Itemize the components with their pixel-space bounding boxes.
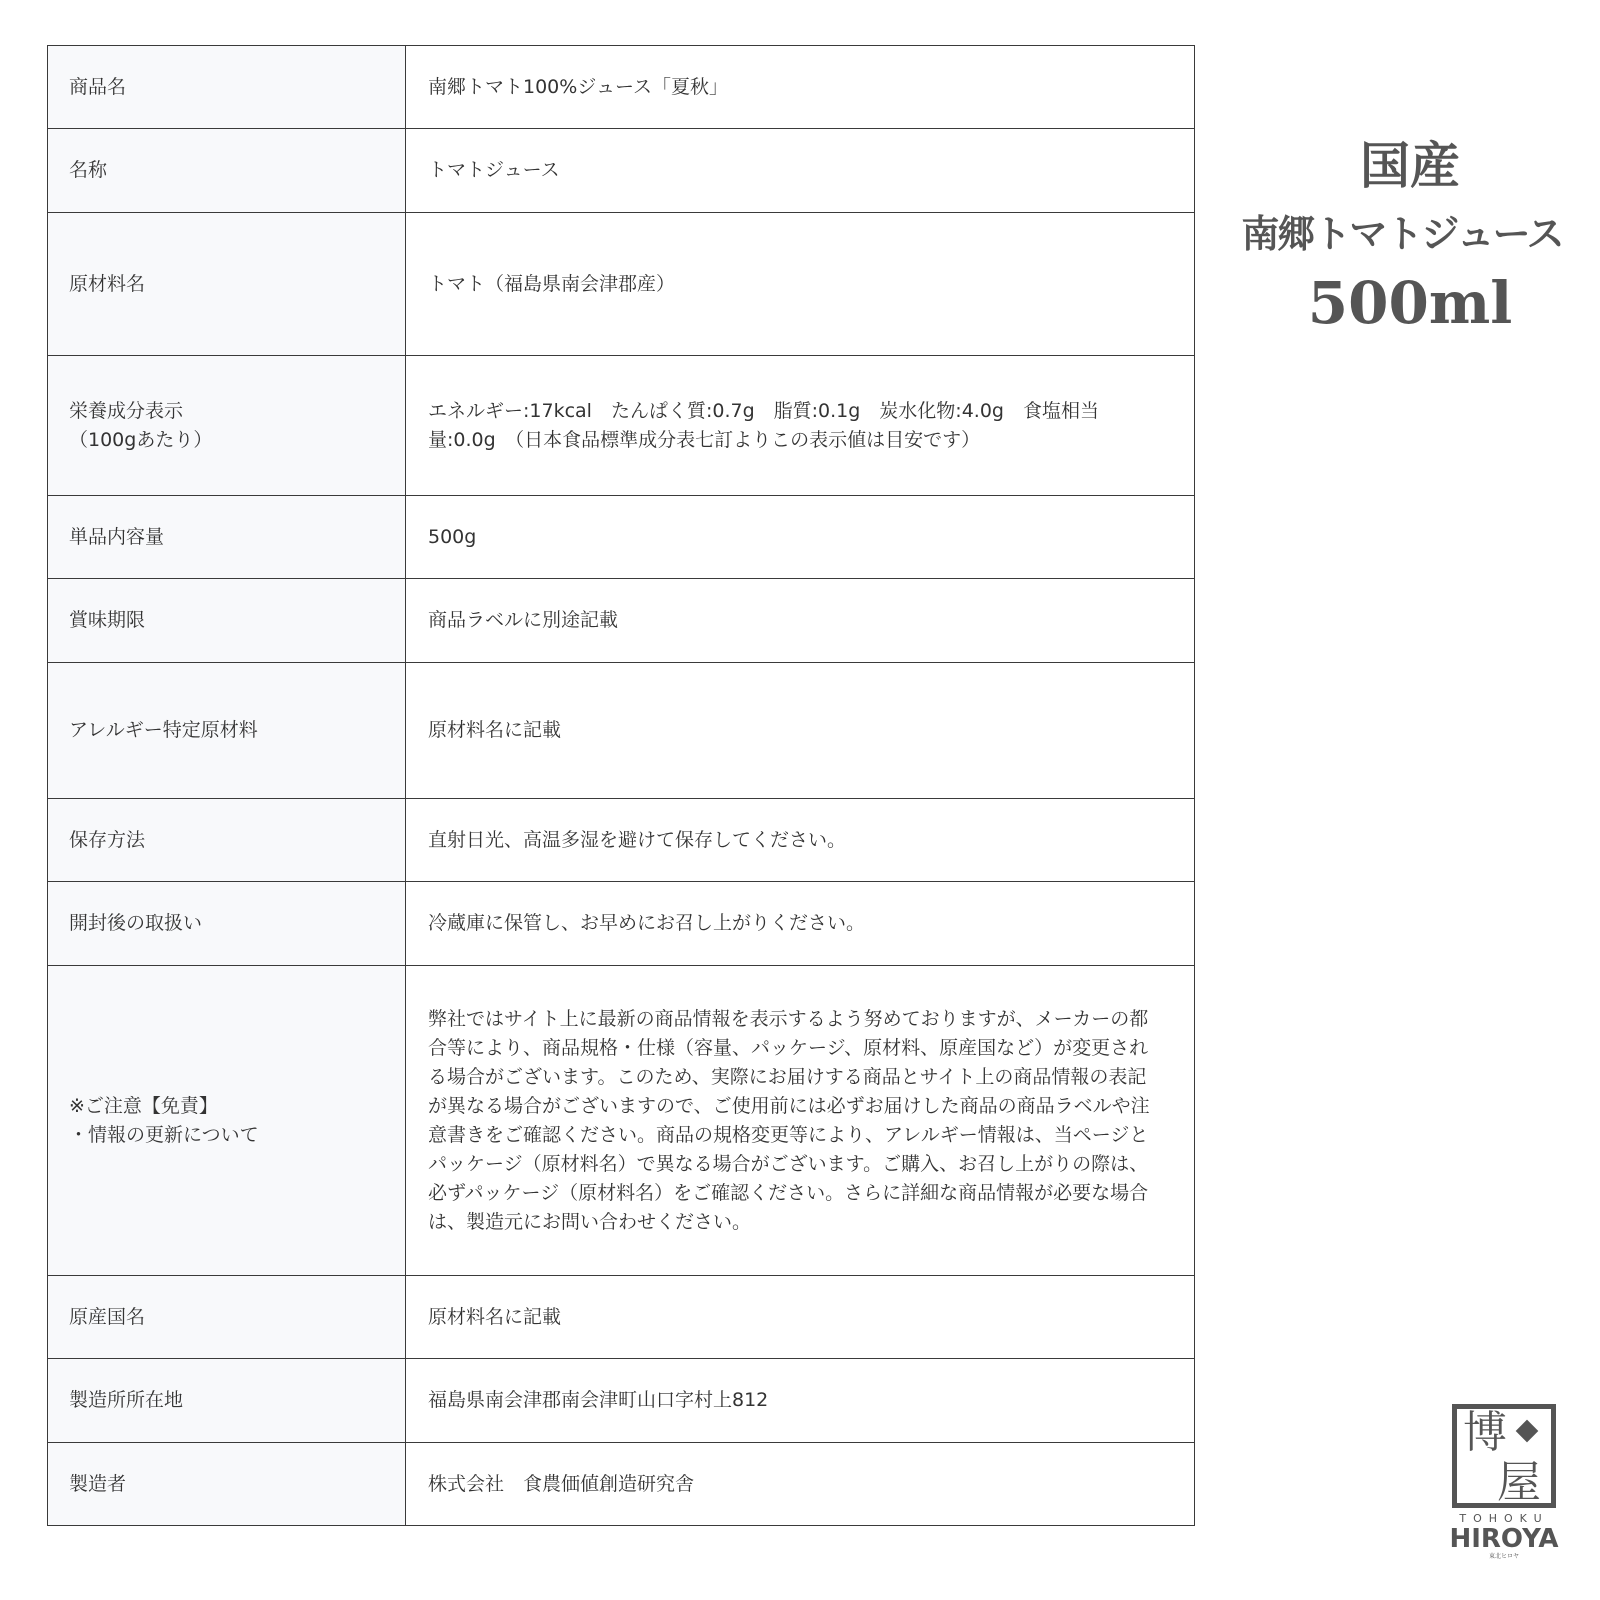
table-row: 栄養成分表示 （100gあたり）エネルギー:17kcal たんぱく質:0.7g … bbox=[48, 356, 1195, 496]
row-value-cell: 直射日光、高温多湿を避けて保存してください。 bbox=[406, 799, 1195, 882]
row-label: アレルギー特定原材料 bbox=[69, 716, 385, 745]
row-label-cell: 賞味期限 bbox=[48, 579, 406, 663]
row-label-cell: 原材料名 bbox=[48, 213, 406, 356]
headline-origin: 国産 bbox=[1200, 132, 1600, 200]
row-label-cell: 商品名 bbox=[48, 46, 406, 129]
row-label: 保存方法 bbox=[69, 826, 385, 855]
row-value-cell: 弊社ではサイト上に最新の商品情報を表示するよう努めておりますが、メーカーの都合等… bbox=[406, 966, 1195, 1276]
row-label-cell: 名称 bbox=[48, 129, 406, 213]
row-label: 開封後の取扱い bbox=[69, 909, 385, 938]
table-row: 原材料名トマト（福島県南会津郡産） bbox=[48, 213, 1195, 356]
row-value: 福島県南会津郡南会津町山口字村上812 bbox=[428, 1386, 1156, 1415]
row-label: 単品内容量 bbox=[69, 523, 385, 552]
row-value-cell: 冷蔵庫に保管し、お早めにお召し上がりください。 bbox=[406, 882, 1195, 966]
row-label: ※ご注意【免責】 ・情報の更新について bbox=[69, 1092, 385, 1150]
row-value-cell: 福島県南会津郡南会津町山口字村上812 bbox=[406, 1359, 1195, 1443]
hiroya-logo: 博 屋 TOHOKU HIROYA 東北ヒロヤ bbox=[1448, 1404, 1560, 1561]
row-label-cell: 製造所所在地 bbox=[48, 1359, 406, 1443]
row-label-cell: 保存方法 bbox=[48, 799, 406, 882]
logo-tagline: 東北ヒロヤ bbox=[1448, 1553, 1560, 1561]
row-value: 南郷トマト100%ジュース「夏秋」 bbox=[428, 73, 1156, 102]
row-value-cell: 南郷トマト100%ジュース「夏秋」 bbox=[406, 46, 1195, 129]
product-headline: 国産 南郷トマトジュース 500ml bbox=[1200, 132, 1600, 338]
row-value: 株式会社 食農価値創造研究舎 bbox=[428, 1470, 1156, 1499]
row-value-cell: 原材料名に記載 bbox=[406, 1276, 1195, 1359]
product-spec-table: 商品名南郷トマト100%ジュース「夏秋」名称トマトジュース原材料名トマト（福島県… bbox=[47, 45, 1195, 1526]
row-value: トマトジュース bbox=[428, 156, 1156, 185]
row-value: 直射日光、高温多湿を避けて保存してください。 bbox=[428, 826, 1156, 855]
logo-wordmark: HIROYA bbox=[1448, 1525, 1560, 1553]
row-label-cell: 開封後の取扱い bbox=[48, 882, 406, 966]
table-row: ※ご注意【免責】 ・情報の更新について弊社ではサイト上に最新の商品情報を表示する… bbox=[48, 966, 1195, 1276]
row-value: 500g bbox=[428, 523, 1156, 552]
row-value-cell: エネルギー:17kcal たんぱく質:0.7g 脂質:0.1g 炭水化物:4.0… bbox=[406, 356, 1195, 496]
headline-product-name: 南郷トマトジュース bbox=[1184, 200, 1600, 268]
row-value: エネルギー:17kcal たんぱく質:0.7g 脂質:0.1g 炭水化物:4.0… bbox=[428, 397, 1156, 455]
row-value: 冷蔵庫に保管し、お早めにお召し上がりください。 bbox=[428, 909, 1156, 938]
row-label-cell: 原産国名 bbox=[48, 1276, 406, 1359]
row-label: 栄養成分表示 （100gあたり） bbox=[69, 397, 385, 455]
row-value-cell: 500g bbox=[406, 496, 1195, 579]
row-label: 製造者 bbox=[69, 1470, 385, 1499]
table-row: 商品名南郷トマト100%ジュース「夏秋」 bbox=[48, 46, 1195, 129]
row-value-cell: 株式会社 食農価値創造研究舎 bbox=[406, 1443, 1195, 1526]
row-value: 原材料名に記載 bbox=[428, 716, 1156, 745]
row-value: 原材料名に記載 bbox=[428, 1303, 1156, 1332]
table-row: 原産国名原材料名に記載 bbox=[48, 1276, 1195, 1359]
row-value-cell: トマト（福島県南会津郡産） bbox=[406, 213, 1195, 356]
row-value-cell: 商品ラベルに別途記載 bbox=[406, 579, 1195, 663]
row-label-cell: 製造者 bbox=[48, 1443, 406, 1526]
row-value: 商品ラベルに別途記載 bbox=[428, 606, 1156, 635]
logo-kanji-bottom: 屋 bbox=[1497, 1459, 1541, 1507]
table-row: 製造所所在地福島県南会津郡南会津町山口字村上812 bbox=[48, 1359, 1195, 1443]
table-row: アレルギー特定原材料原材料名に記載 bbox=[48, 663, 1195, 799]
row-label: 製造所所在地 bbox=[69, 1386, 385, 1415]
table-row: 開封後の取扱い冷蔵庫に保管し、お早めにお召し上がりください。 bbox=[48, 882, 1195, 966]
row-label: 原材料名 bbox=[69, 270, 385, 299]
diamond-icon bbox=[1516, 1420, 1539, 1443]
row-label: 名称 bbox=[69, 156, 385, 185]
row-label-cell: ※ご注意【免責】 ・情報の更新について bbox=[48, 966, 406, 1276]
row-label: 賞味期限 bbox=[69, 606, 385, 635]
table-row: 保存方法直射日光、高温多湿を避けて保存してください。 bbox=[48, 799, 1195, 882]
row-value: トマト（福島県南会津郡産） bbox=[428, 270, 1156, 299]
row-label-cell: アレルギー特定原材料 bbox=[48, 663, 406, 799]
table-row: 名称トマトジュース bbox=[48, 129, 1195, 213]
table-row: 単品内容量500g bbox=[48, 496, 1195, 579]
row-label: 原産国名 bbox=[69, 1303, 385, 1332]
row-label-cell: 単品内容量 bbox=[48, 496, 406, 579]
row-value-cell: 原材料名に記載 bbox=[406, 663, 1195, 799]
row-value: 弊社ではサイト上に最新の商品情報を表示するよう努めておりますが、メーカーの都合等… bbox=[428, 1005, 1156, 1237]
table-row: 賞味期限商品ラベルに別途記載 bbox=[48, 579, 1195, 663]
logo-mark: 博 屋 bbox=[1452, 1404, 1556, 1508]
row-label: 商品名 bbox=[69, 73, 385, 102]
logo-kanji-top: 博 bbox=[1463, 1409, 1507, 1457]
row-label-cell: 栄養成分表示 （100gあたり） bbox=[48, 356, 406, 496]
row-value-cell: トマトジュース bbox=[406, 129, 1195, 213]
headline-volume: 500ml bbox=[1200, 268, 1600, 338]
table-row: 製造者株式会社 食農価値創造研究舎 bbox=[48, 1443, 1195, 1526]
